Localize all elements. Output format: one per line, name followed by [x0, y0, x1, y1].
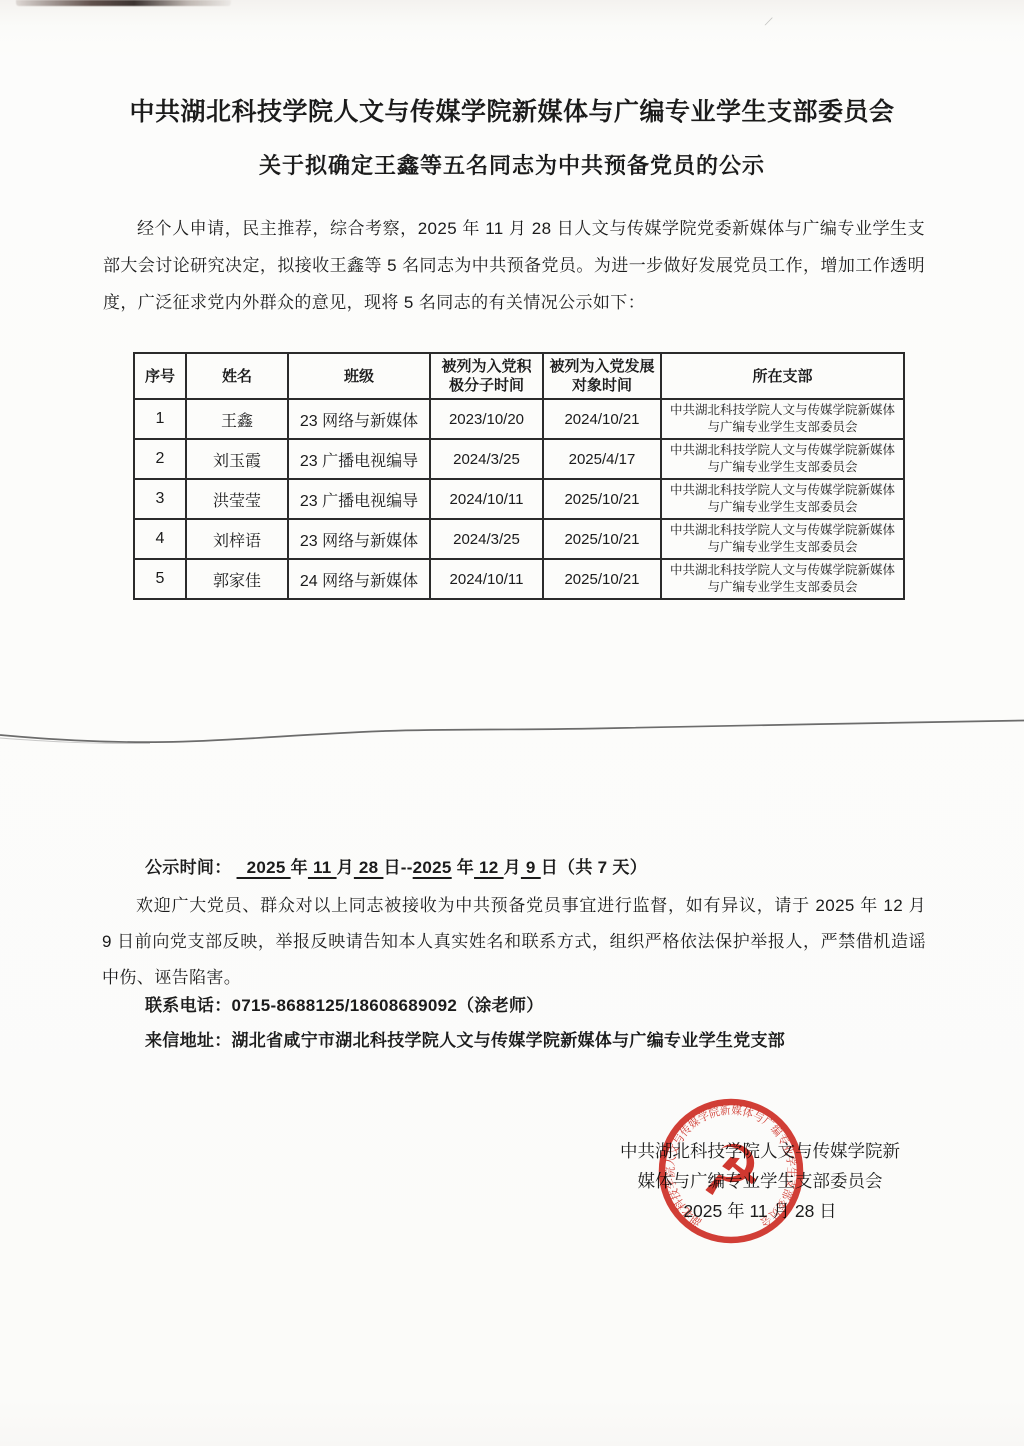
publicity-underlined-value: 28 [354, 858, 384, 877]
cell-development-date: 2024/10/21 [543, 399, 661, 439]
table-header-row: 序号姓名班级被列为入党积极分子时间被列为入党发展对象时间所在支部 [134, 353, 904, 399]
contact-phone-line: 联系电话：0715-8688125/18608689092（涂老师） [145, 991, 544, 1016]
publicity-text: 日（共 7 天） [541, 858, 647, 877]
cell-name: 刘玉霞 [186, 439, 288, 479]
publicity-underlined-value: 11 [308, 858, 337, 877]
cell-branch: 中共湖北科技学院人文与传媒学院新媒体与广编专业学生支部委员会 [661, 559, 904, 599]
publicity-text: 日-- [383, 858, 412, 877]
cell-activist-date: 2023/10/20 [430, 399, 543, 439]
paper-fold-crease [0, 712, 1024, 758]
scanned-document-page: ⁄ 中共湖北科技学院人文与传媒学院新媒体与广编专业学生支部委员会 关于拟确定王鑫… [0, 0, 1024, 1446]
table-header-cell: 姓名 [186, 353, 288, 399]
official-seal-stamp: 湖北科技学院人文与传媒学院新媒体与广编专业学生支部委员会 ☭ [631, 1071, 831, 1271]
document-title-line1: 中共湖北科技学院人文与传媒学院新媒体与广编专业学生支部委员会 [0, 92, 1024, 128]
cell-name: 王鑫 [186, 399, 288, 439]
table-row: 2刘玉霞23 广播电视编导2024/3/252025/4/17中共湖北科技学院人… [134, 439, 904, 479]
cell-name: 洪莹莹 [186, 479, 288, 519]
cell-development-date: 2025/10/21 [543, 479, 661, 519]
table-header-cell: 被列为入党积极分子时间 [430, 353, 543, 399]
publicity-label: 公示时间： [145, 858, 237, 877]
publicity-text: 年 [452, 858, 474, 877]
cell-activist-date: 2024/3/25 [430, 519, 543, 559]
table-row: 4刘梓语23 网络与新媒体2024/3/252025/10/21中共湖北科技学院… [134, 519, 904, 559]
cell-branch: 中共湖北科技学院人文与传媒学院新媒体与广编专业学生支部委员会 [661, 479, 904, 519]
publicity-underlined-value: 12 [474, 858, 504, 877]
candidates-table: 序号姓名班级被列为入党积极分子时间被列为入党发展对象时间所在支部 1王鑫23 网… [133, 352, 905, 600]
cell-no: 1 [134, 399, 186, 439]
cell-class: 24 网络与新媒体 [288, 559, 430, 599]
cell-no: 3 [134, 479, 186, 519]
cell-name: 郭家佳 [186, 559, 288, 599]
table-row: 5郭家佳24 网络与新媒体2024/10/112025/10/21中共湖北科技学… [134, 559, 904, 599]
publicity-underlined-value: 2025 [413, 858, 452, 877]
cell-class: 23 网络与新媒体 [288, 399, 430, 439]
table-header-cell: 被列为入党发展对象时间 [543, 353, 661, 399]
cell-activist-date: 2024/10/11 [430, 479, 543, 519]
table-header-cell: 所在支部 [661, 353, 904, 399]
publicity-underlined-value: 2025 [237, 858, 291, 877]
publicity-text: 年 [291, 858, 308, 877]
cell-branch: 中共湖北科技学院人文与传媒学院新媒体与广编专业学生支部委员会 [661, 399, 904, 439]
pencil-mark-artifact: ⁄ [766, 14, 771, 29]
table-row: 3洪莹莹23 广播电视编导2024/10/112025/10/21中共湖北科技学… [134, 479, 904, 519]
cell-development-date: 2025/4/17 [543, 439, 661, 479]
cell-development-date: 2025/10/21 [543, 559, 661, 599]
table-row: 1王鑫23 网络与新媒体2023/10/202024/10/21中共湖北科技学院… [134, 399, 904, 439]
cell-development-date: 2025/10/21 [543, 519, 661, 559]
contact-address-line: 来信地址：湖北省咸宁市湖北科技学院人文与传媒学院新媒体与广编专业学生党支部 [145, 1026, 785, 1051]
cell-class: 23 广播电视编导 [288, 439, 430, 479]
cell-no: 4 [134, 519, 186, 559]
cell-activist-date: 2024/3/25 [430, 439, 543, 479]
document-title-line2: 关于拟确定王鑫等五名同志为中共预备党员的公示 [0, 149, 1024, 180]
cell-class: 23 广播电视编导 [288, 479, 430, 519]
publicity-text: 月 [337, 858, 354, 877]
cell-name: 刘梓语 [186, 519, 288, 559]
cell-branch: 中共湖北科技学院人文与传媒学院新媒体与广编专业学生支部委员会 [661, 519, 904, 559]
cell-no: 5 [134, 559, 186, 599]
cell-class: 23 网络与新媒体 [288, 519, 430, 559]
publicity-text: 月 [504, 858, 521, 877]
cell-no: 2 [134, 439, 186, 479]
publicity-period-line: 公示时间： 2025 年 11 月 28 日--2025 年 12 月 9 日（… [145, 853, 647, 878]
table-header-cell: 序号 [134, 353, 186, 399]
supervision-paragraph: 欢迎广大党员、群众对以上同志被接收为中共预备党员事宜进行监督，如有异议，请于 2… [102, 888, 926, 996]
scan-smudge-artifact [16, 0, 231, 6]
party-emblem-icon: ☭ [700, 1130, 763, 1212]
cell-activist-date: 2024/10/11 [430, 559, 543, 599]
intro-paragraph: 经个人申请，民主推荐，综合考察，2025 年 11 月 28 日人文与传媒学院党… [103, 210, 925, 321]
publicity-dates: 2025 年 11 月 28 日--2025 年 12 月 9 日（共 7 天） [237, 858, 648, 877]
table-header-cell: 班级 [288, 353, 430, 399]
cell-branch: 中共湖北科技学院人文与传媒学院新媒体与广编专业学生支部委员会 [661, 439, 904, 479]
publicity-underlined-value: 9 [521, 858, 541, 877]
